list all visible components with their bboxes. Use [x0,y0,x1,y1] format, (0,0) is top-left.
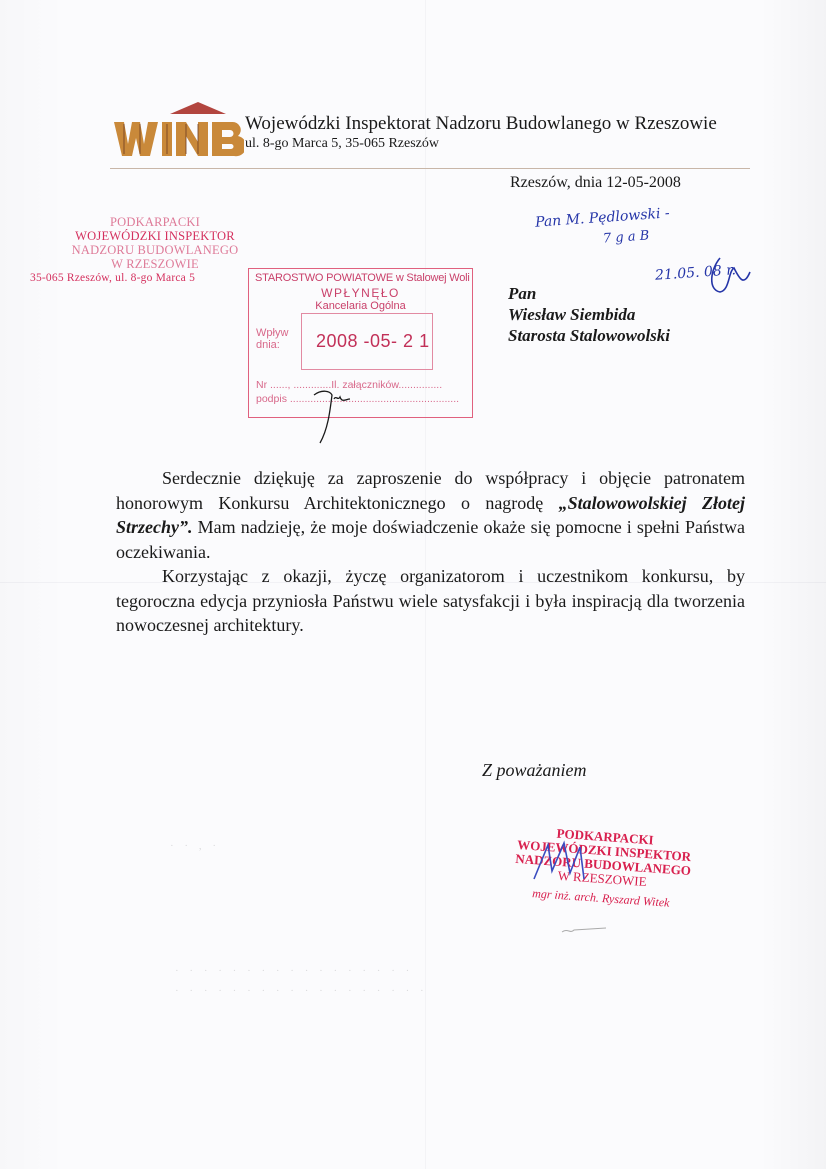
body-paragraph: Korzystając z okazji, życzę organizatoro… [116,564,745,638]
stamp-line: WOJEWÓDZKI INSPEKTOR [50,229,260,243]
received-stamp: STAROSTWO POWIATOWE w Stalowej Woli WPŁY… [248,268,473,418]
handwritten-signature-icon [310,385,360,447]
recipient-salutation: Pan [508,283,670,304]
stamp-line: W RZESZOWIE [50,257,260,271]
closing-phrase: Z poważaniem [482,760,587,781]
header-divider [110,168,750,169]
handwritten-note-line: 7 g a B [603,228,650,246]
recipient-name: Wiesław Siembida [508,304,670,325]
sender-stamp: PODKARPACKI WOJEWÓDZKI INSPEKTOR NADZORU… [50,215,260,285]
organization-name: Wojewódzki Inspektorat Nadzoru Budowlane… [245,113,717,135]
bleed-through-marks: · · · · · · · · · · · · · · · · · [175,965,413,977]
recipient-title: Starosta Stalowowolski [508,325,670,346]
received-stamp-title: STAROSTWO POWIATOWE w Stalowej Woli [255,272,470,284]
received-label-line: Wpływ [256,327,288,339]
received-stamp-label: Wpływ dnia: [256,327,288,351]
handwritten-note-line: Pan M. Pędlowski - [535,205,671,230]
bleed-through-marks: · · · · · · · · · · · · · · · · · · [175,985,428,997]
handwritten-initials-icon [700,250,755,300]
stamp-line: NADZORU BUDOWLANEGO [50,243,260,257]
stamp-address: 35-065 Rzeszów, ul. 8-go Marca 5 [30,271,260,285]
received-date: 2008 -05- 2 1 [316,331,430,352]
organization-address: ul. 8-go Marca 5, 35-065 Rzeszów [245,136,439,152]
body-text-span: Mam nadzieję, że moje doświadczenie okaż… [116,517,745,562]
signature-stamp: PODKARPACKI WOJEWÓDZKI INSPEKTOR NADZORU… [496,823,711,912]
place-and-date: Rzeszów, dnia 12-05-2008 [510,174,681,192]
bleed-through-marks: · · , · [170,840,220,852]
body-paragraph: Serdecznie dziękuję za zaproszenie do ws… [116,466,745,564]
received-date-box: 2008 -05- 2 1 [301,313,433,370]
recipient-block: Pan Wiesław Siembida Starosta Stalowowol… [508,283,670,346]
received-label-line: dnia: [256,339,288,351]
received-stamp-status: WPŁYNĘŁO [249,286,472,300]
winb-logo-icon [112,100,244,158]
stamp-line: PODKARPACKI [50,215,260,229]
received-stamp-office: Kancelaria Ogólna [249,300,472,312]
handwritten-mark-icon [560,922,610,936]
handwritten-signature-icon [530,835,600,885]
letter-body: Serdecznie dziękuję za zaproszenie do ws… [116,466,745,638]
